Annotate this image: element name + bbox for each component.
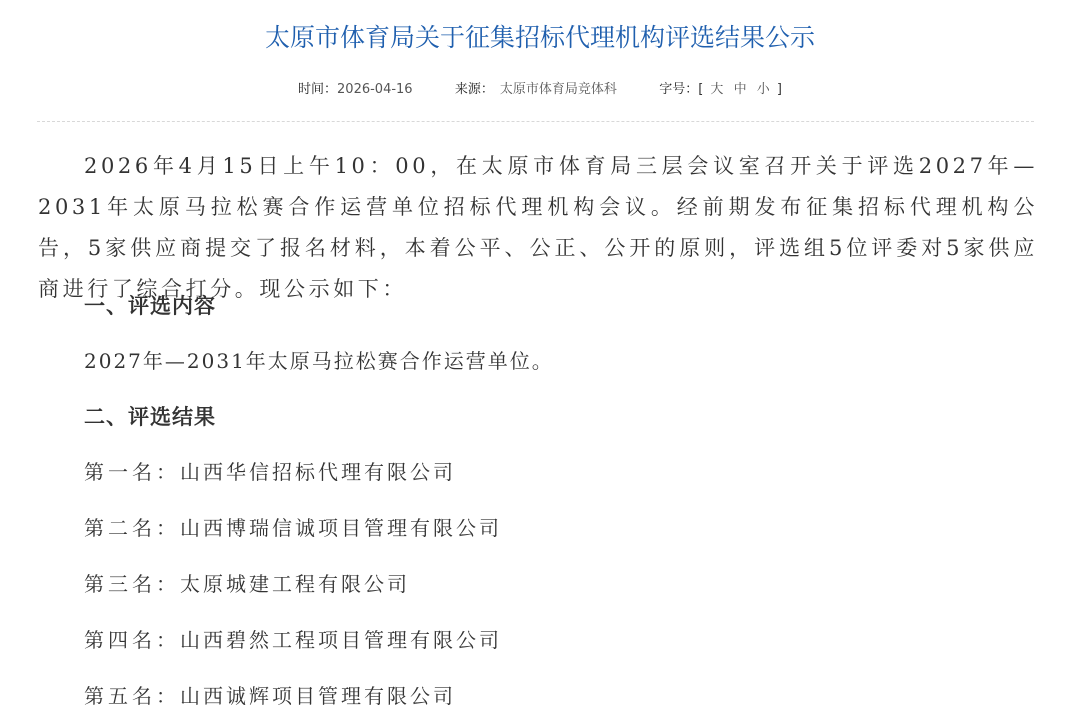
section-heading-evaluation-content: 一、评选内容 <box>84 291 216 321</box>
rank-label: 第一名： <box>84 460 180 484</box>
bracket-open: [ <box>698 82 703 97</box>
result-item: 第四名：山西碧然工程项目管理有限公司 <box>84 625 502 655</box>
header-divider <box>37 121 1034 122</box>
company-name: 山西碧然工程项目管理有限公司 <box>180 628 502 652</box>
font-size-medium-button[interactable]: 中 <box>734 82 747 97</box>
font-size-large-button[interactable]: 大 <box>710 82 723 97</box>
bracket-close: ] <box>777 82 782 97</box>
result-item: 第三名：太原城建工程有限公司 <box>84 569 410 599</box>
source-label: 来源： <box>455 82 494 97</box>
result-item: 第二名：山西博瑞信诚项目管理有限公司 <box>84 513 502 543</box>
section-heading-evaluation-results: 二、评选结果 <box>84 402 216 432</box>
article-source: 来源：太原市体育局竞体科 <box>455 80 617 100</box>
result-item: 第一名：山西华信招标代理有限公司 <box>84 457 456 487</box>
rank-label: 第二名： <box>84 516 180 540</box>
publish-time: 时间：2026-04-16 <box>298 80 413 100</box>
font-size-small-button[interactable]: 小 <box>757 82 770 97</box>
article-body: 2026年4月15日上午10：00，在太原市体育局三层会议室召开关于评选2027… <box>38 146 1038 310</box>
rank-label: 第三名： <box>84 572 180 596</box>
company-name: 太原城建工程有限公司 <box>180 572 410 596</box>
rank-label: 第五名： <box>84 684 180 708</box>
page-title: 太原市体育局关于征集招标代理机构评选结果公示 <box>0 18 1080 58</box>
time-value: 2026-04-16 <box>337 82 413 97</box>
result-item: 第五名：山西诚辉项目管理有限公司 <box>84 681 456 711</box>
company-name: 山西诚辉项目管理有限公司 <box>180 684 456 708</box>
font-size-label: 字号： <box>659 82 698 97</box>
intro-paragraph: 2026年4月15日上午10：00，在太原市体育局三层会议室召开关于评选2027… <box>38 146 1038 310</box>
company-name: 山西博瑞信诚项目管理有限公司 <box>180 516 502 540</box>
time-label: 时间： <box>298 82 337 97</box>
evaluation-content-text: 2027年—2031年太原马拉松赛合作运营单位。 <box>84 346 554 376</box>
article-meta: 时间：2026-04-16 来源：太原市体育局竞体科 字号：[ 大 中 小 ] <box>0 80 1080 100</box>
source-value: 太原市体育局竞体科 <box>500 82 617 97</box>
rank-label: 第四名： <box>84 628 180 652</box>
font-size-control: 字号：[ 大 中 小 ] <box>659 80 782 100</box>
company-name: 山西华信招标代理有限公司 <box>180 460 456 484</box>
